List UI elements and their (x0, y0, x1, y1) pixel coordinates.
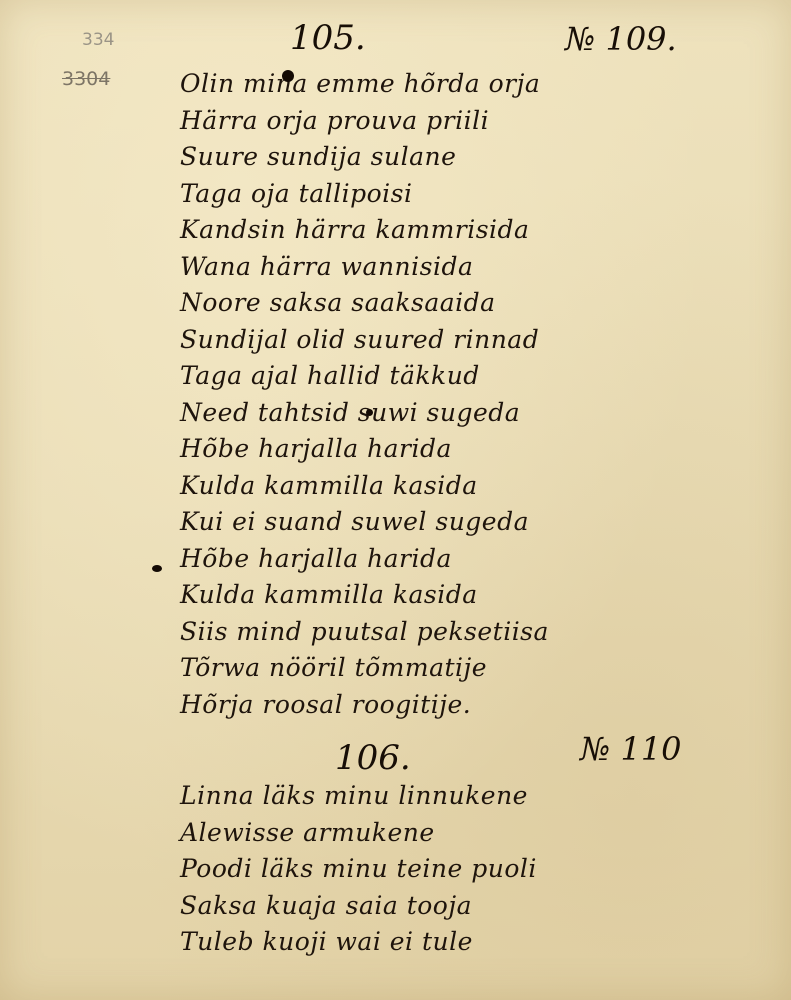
verse-line: Need tahtsid suwi sugeda (180, 395, 549, 432)
manuscript-page: 334 3304 105. № 109. Olin mina emme hõrd… (0, 0, 791, 1000)
verse-line: Taga oja tallipoisi (180, 176, 549, 213)
ink-blot (282, 70, 294, 82)
verse-line: Sundijal olid suured rinnad (180, 322, 549, 359)
verse-line: Kui ei suand suwel sugeda (180, 504, 549, 541)
verse-line: Tõrwa nööril tõmmatije (180, 650, 549, 687)
song-number: 105. (290, 18, 366, 58)
verse-line: Siis mind puutsal peksetiisa (180, 614, 549, 651)
verse-line: Kulda kammilla kasida (180, 468, 549, 505)
catalog-number: № 110 (580, 730, 682, 768)
verse-line: Hõbe harjalla harida (180, 541, 549, 578)
ink-blot (152, 565, 162, 572)
ink-blot (366, 409, 373, 416)
verse-line: Saksa kuaja saia tooja (180, 888, 537, 925)
verse-line: Olin mina emme hõrda orja (180, 66, 549, 103)
verse-line: Hõbe harjalla harida (180, 431, 549, 468)
verse-line: Linna läks minu linnukene (180, 778, 537, 815)
verse-line: Tuleb kuoji wai ei tule (180, 924, 537, 961)
verse-line: Poodi läks minu teine puoli (180, 851, 537, 888)
verse-line: Suure sundija sulane (180, 139, 549, 176)
verse-line: Kulda kammilla kasida (180, 577, 549, 614)
verse-line: Alewisse armukene (180, 815, 537, 852)
song-105-verse: Olin mina emme hõrda orja Härra orja pro… (180, 66, 549, 723)
archive-number: 334 (82, 30, 114, 50)
verse-line: Wana härra wannisida (180, 249, 549, 286)
verse-line: Hõrja roosal roogitije. (180, 687, 549, 724)
verse-line: Härra orja prouva priili (180, 103, 549, 140)
verse-line: Kandsin härra kammrisida (180, 212, 549, 249)
archive-number-struck: 3304 (62, 68, 110, 90)
verse-line: Noore saksa saaksaaida (180, 285, 549, 322)
song-106-verse: Linna läks minu linnukene Alewisse armuk… (180, 778, 537, 961)
song-number: 106. (335, 738, 411, 778)
verse-line: Taga ajal hallid täkkud (180, 358, 549, 395)
catalog-number: № 109. (565, 20, 677, 58)
